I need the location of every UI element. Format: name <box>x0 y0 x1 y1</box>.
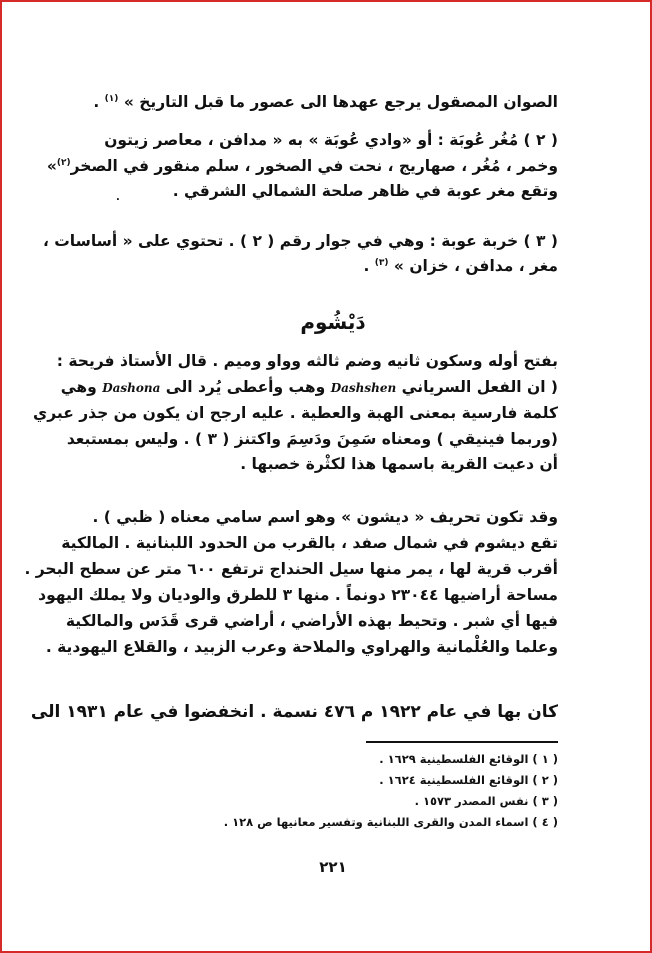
text: مغر ، مدافن ، خزان » <box>389 257 558 275</box>
item2-line2: وخمر ، مُغُر ، صهاريج ، نحت في الصخور ، … <box>108 154 558 178</box>
para3-line1: تقع ديشوم في شمال صفد ، بالقرب من الحدود… <box>108 531 558 555</box>
text: . <box>93 93 104 111</box>
para3-line4: فيها أي شبر . وتحيط بهذه الأراضي ، أراضي… <box>108 609 558 633</box>
para1-line4: (وربما فينيقي ) ومعناه سَمِنَ ودَسِمَ وا… <box>108 427 558 451</box>
text: وهب وأعطى يُرد الى <box>160 378 330 396</box>
latin-term-dashshen: Dashshen <box>331 381 397 395</box>
footnote-separator <box>366 741 558 743</box>
item2-line1: ( ٢ ) مُغُر عُوبَة : أو «وادي عُوبَة » ب… <box>108 128 558 152</box>
text: ( ان الفعل السرياني <box>396 378 558 396</box>
para3-line3: مساحة أراضيها ٢٣٠٤٤ دونماً . منها ٣ للطر… <box>108 583 558 607</box>
para4-line1: كان بها في عام ١٩٢٢ م ٤٧٦ نسمة . انخفضوا… <box>108 700 558 724</box>
para1-line2: ( ان الفعل السرياني Dashshen وهب وأعطى ي… <box>108 375 558 400</box>
item2-line3: وتقع مغر عوبة في ظاهر صلحة الشمالي الشرق… <box>173 179 558 203</box>
footnote-ref-1[interactable]: (١) <box>105 94 119 104</box>
text: الصوان المصقول يرجع عهدها الى عصور ما قب… <box>118 93 558 111</box>
page-number: ٢٢١ <box>108 858 558 876</box>
text: » <box>47 157 57 175</box>
para1-line5: أن دعيت القرية باسمها هذا لكثْرة خصبها . <box>240 452 558 476</box>
latin-term-dashona: Dashona <box>102 381 160 395</box>
text: وهي <box>61 378 102 396</box>
para2-line1: وقد تكون تحريف « ديشون » وهو اسم سامي مع… <box>92 505 558 529</box>
footnote-1: ( ١ ) الوقائع الفلسطينية ١٦٢٩ . <box>379 750 558 768</box>
text: . <box>363 257 374 275</box>
footnote-3: ( ٣ ) نفس المصدر ١٥٧٣ . <box>415 792 558 810</box>
para1-line1: بفتح أوله وسكون ثانيه وضم ثالثه وواو ومي… <box>108 349 558 373</box>
footnote-4: ( ٤ ) اسماء المدن والقرى اللبنانية وتفسي… <box>224 813 558 831</box>
stray-mark: . <box>116 192 120 203</box>
section-title: دَيْشُوم <box>108 310 558 334</box>
continuation-line: الصوان المصقول يرجع عهدها الى عصور ما قب… <box>93 90 558 114</box>
item3-line1: ( ٣ ) خربة عوبة : وهي في جوار رقم ( ٢ ) … <box>108 229 558 253</box>
item3-line2: مغر ، مدافن ، خزان » (٣) . <box>363 254 558 278</box>
para1-line3: كلمة فارسية بمعنى الهبة والعطية . عليه ا… <box>108 401 558 425</box>
footnote-ref-3[interactable]: (٣) <box>375 258 389 268</box>
footnote-ref-2[interactable]: (٢) <box>57 158 71 168</box>
text: وخمر ، مُغُر ، صهاريج ، نحت في الصخور ، … <box>71 157 558 175</box>
para3-line2: أقرب قرية لها ، يمر منها سيل الحنداج ترت… <box>108 557 558 581</box>
footnote-2: ( ٢ ) الوقائع الفلسطينية ١٦٢٤ . <box>379 771 558 789</box>
para3-line5: وعلما والعُلْمانية والهراوي والملاحة وعر… <box>108 635 558 659</box>
